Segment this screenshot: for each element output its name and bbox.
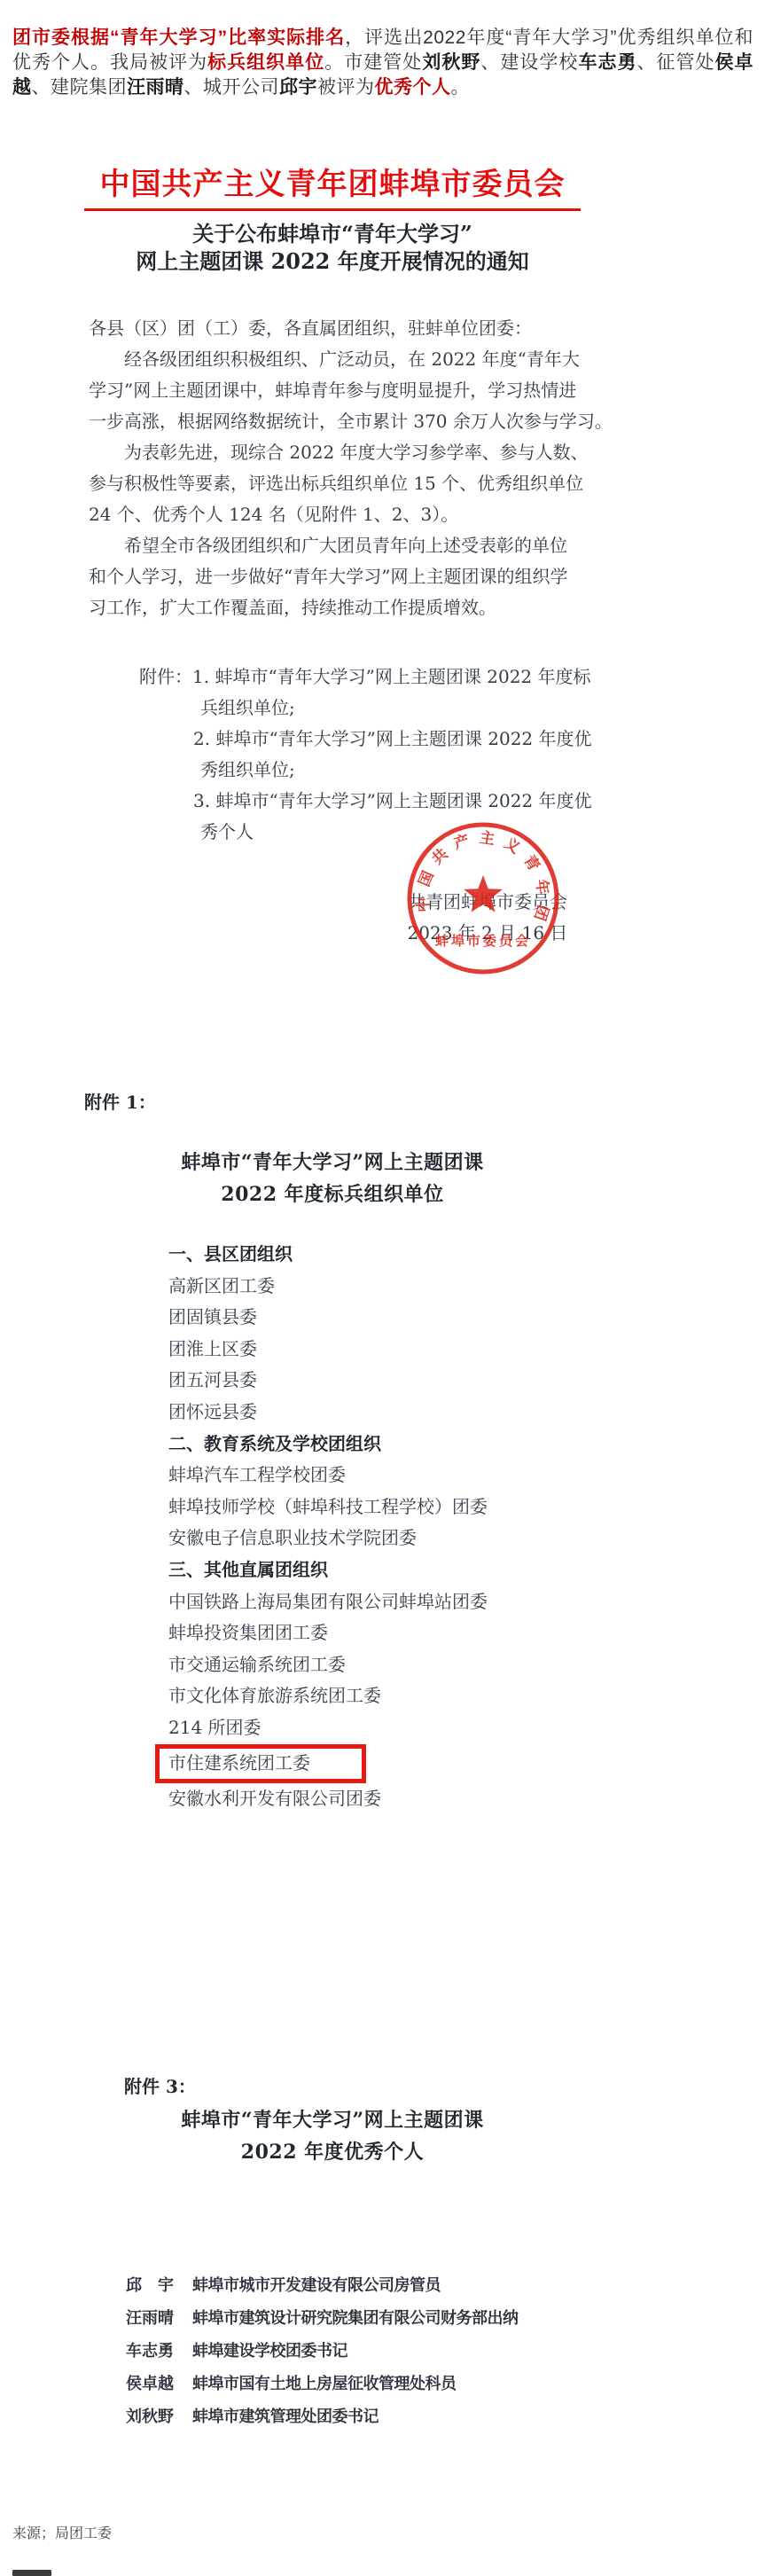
org-list-item-text: 蚌埠技师学校（蚌埠科技工程学校）团委 [168, 1496, 488, 1517]
attachment-ref-line: 3. 蚌埠市“青年大学习”网上主题团课 2022 年度优 [71, 786, 594, 817]
intro-segment: 优秀个人 [375, 77, 451, 98]
org-list-item-text: 市交通运输系统团工委 [168, 1654, 346, 1675]
attachment1-title-line2: 2022 年度标兵组织单位 [71, 1178, 594, 1210]
org-list-item-text: 安徽电子信息职业技术学院团委 [168, 1527, 417, 1548]
awardee-name: 汪雨晴 [126, 2302, 174, 2335]
org-list-item-text: 蚌埠投资集团团工委 [168, 1622, 328, 1643]
intro-segment: 。市建管处 [324, 52, 422, 73]
org-list-item-text: 一、县区团组织 [168, 1243, 293, 1265]
attachment3-label: 附件 3： [71, 2073, 594, 2100]
attachment-ref-line: 附件：1. 蚌埠市“青年大学习”网上主题团课 2022 年度标 [71, 662, 594, 693]
org-list-item: 安徽电子信息职业技术学院团委 [168, 1523, 594, 1554]
org-list-item-text: 团固镇县委 [168, 1306, 257, 1327]
awardee-desc: 蚌埠市城市开发建设有限公司房管员 [192, 2276, 441, 2295]
attachment1-label: 附件 1： [71, 1089, 594, 1116]
org-list-item: 蚌埠投资集团团工委 [168, 1617, 594, 1649]
notice-body-line: 一步高涨，根据网络数据统计，全市累计 370 余万人次参与学习。 [89, 406, 576, 437]
attachment-ref-line: 秀组织单位; [71, 755, 594, 786]
org-list-item: 一、县区团组织 [168, 1239, 594, 1271]
attachment1-title: 蚌埠市“青年大学习”网上主题团课 2022 年度标兵组织单位 [71, 1147, 594, 1210]
org-list-item-text: 市文化体育旅游系统团工委 [168, 1685, 381, 1706]
notice-body-line: 24 个、优秀个人 124 名（见附件 1、2、3）。 [89, 499, 576, 530]
org-list-item-text: 高新区团工委 [168, 1275, 275, 1296]
intro-segment: 刘秋野 [422, 52, 480, 73]
notice-body-line: 参与积极性等要素，评选出标兵组织单位 15 个、优秀组织单位 [89, 468, 576, 499]
awardee-name: 邱宇 [126, 2269, 174, 2302]
awardee-row: 车志勇蚌埠建设学校团委书记 [126, 2335, 594, 2368]
org-list-item: 蚌埠技师学校（蚌埠科技工程学校）团委 [168, 1492, 594, 1523]
attachment1-scan: 附件 1： 蚌埠市“青年大学习”网上主题团课 2022 年度标兵组织单位 一、县… [71, 1089, 594, 1825]
intro-segment: 。 [451, 77, 471, 98]
intro-segment: 、建院集团 [32, 77, 128, 98]
org-list-item-text: 安徽水利开发有限公司团委 [168, 1788, 381, 1809]
notice-title: 关于公布蚌埠市“青年大学习” 网上主题团课 2022 年度开展情况的通知 [71, 220, 594, 275]
org-list-item: 团固镇县委 [168, 1302, 594, 1334]
notice-body-line: 希望全市各级团组织和广大团员青年向上述受表彰的单位 [89, 530, 576, 561]
intro-segment: 、城开公司 [184, 77, 280, 98]
awardee-row: 汪雨晴蚌埠市建筑设计研究院集团有限公司财务部出纳 [126, 2302, 594, 2335]
attachment1-title-line1: 蚌埠市“青年大学习”网上主题团课 [71, 1147, 594, 1178]
awardee-desc: 蚌埠建设学校团委书记 [192, 2342, 347, 2361]
intro-segment: 、征管处 [636, 52, 714, 73]
attachment3-scan: 附件 3： 蚌埠市“青年大学习”网上主题团课 2022 年度优秀个人 邱宇蚌埠市… [71, 2073, 594, 2455]
org-list-item: 中国铁路上海局集团有限公司蚌埠站团委 [168, 1586, 594, 1618]
awardee-name: 刘秋野 [126, 2400, 174, 2433]
org-list-item-text: 214 所团委 [168, 1717, 262, 1738]
org-list-item: 三、其他直属团组织 [168, 1554, 594, 1586]
intro-segment: 车志勇 [578, 52, 636, 73]
org-list-item-text: 二、教育系统及学校团组织 [168, 1433, 381, 1454]
article-page: { "intro": { "segments": [ {"text": "团市委… [0, 0, 765, 2576]
notice-org-header: 中国共产主义青年团蚌埠市委员会 [71, 168, 594, 200]
notice-body-line: 学习”网上主题团课中，蚌埠青年参与度明显提升，学习热情进 [89, 375, 576, 406]
intro-segment: 标兵组织单位 [207, 52, 324, 73]
seal-star [464, 875, 503, 912]
org-list-item: 市文化体育旅游系统团工委 [168, 1680, 594, 1712]
attachment3-title-line1: 蚌埠市“青年大学习”网上主题团课 [71, 2104, 594, 2136]
org-list-item: 二、教育系统及学校团组织 [168, 1429, 594, 1460]
intro-segment: 邱宇 [279, 77, 317, 98]
intro-paragraph: 团市委根据“青年大学习”比率实际排名，评选出2022年度“青年大学习”优秀组织单… [12, 26, 753, 100]
notice-body-line: 为表彰先进，现综合 2022 年度大学习参学率、参与人数、 [89, 437, 576, 468]
attachment-ref-line: 兵组织单位; [71, 693, 594, 724]
org-list-item: 214 所团委 [168, 1712, 594, 1744]
org-list-item-text: 三、其他直属团组织 [168, 1559, 328, 1580]
notice-body-line: 习工作，扩大工作覆盖面，持续推动工作提质增效。 [89, 592, 576, 623]
awardee-row: 刘秋野蚌埠市建筑管理处团委书记 [126, 2400, 594, 2433]
notice-title-line2: 网上主题团课 2022 年度开展情况的通知 [71, 247, 594, 275]
org-list-item-text: 团五河县委 [168, 1369, 257, 1390]
org-list-item-text: 团怀远县委 [168, 1401, 257, 1422]
org-list-item: 团怀远县委 [168, 1397, 594, 1429]
awardee-row: 邱宇蚌埠市城市开发建设有限公司房管员 [126, 2269, 594, 2302]
official-seal: 中国共产主义青年团 蚌埠市委员会 [404, 819, 562, 977]
org-list-item: 市住建系统团工委 [168, 1744, 594, 1783]
awardee-row: 侯卓越蚌埠市国有土地上房屋征收管理处科员 [126, 2368, 594, 2400]
attachment3-title: 蚌埠市“青年大学习”网上主题团课 2022 年度优秀个人 [71, 2104, 594, 2168]
org-list: 一、县区团组织 高新区团工委 团固镇县委 团淮上区委 团五河县委 团怀远县委 [71, 1239, 594, 1814]
org-list-item: 安徽水利开发有限公司团委 [168, 1783, 594, 1815]
org-list-item-text: 市住建系统团工委 [155, 1744, 366, 1783]
awardee-desc: 蚌埠市国有土地上房屋征收管理处科员 [192, 2375, 457, 2393]
awardee-desc: 蚌埠市建筑管理处团委书记 [192, 2408, 379, 2426]
seal-bottom-text: 蚌埠市委员会 [435, 933, 531, 949]
org-list-item: 市交通运输系统团工委 [168, 1649, 594, 1681]
org-list-item: 团五河县委 [168, 1365, 594, 1397]
attachment3-title-line2: 2022 年度优秀个人 [71, 2136, 594, 2168]
org-list-item-text: 团淮上区委 [168, 1338, 257, 1359]
notice-body-line: 和个人学习，进一步做好“青年大学习”网上主题团课的组织学 [89, 561, 576, 592]
attachment-ref-line: 2. 蚌埠市“青年大学习”网上主题团课 2022 年度优 [71, 724, 594, 755]
awardee-name: 车志勇 [126, 2335, 174, 2368]
org-list-item: 蚌埠汽车工程学校团委 [168, 1460, 594, 1492]
awardee-list: 邱宇蚌埠市城市开发建设有限公司房管员 汪雨晴蚌埠市建筑设计研究院集团有限公司财务… [71, 2269, 594, 2433]
org-list-item: 高新区团工委 [168, 1271, 594, 1303]
awardee-desc: 蚌埠市建筑设计研究院集团有限公司财务部出纳 [192, 2309, 519, 2328]
notice-scan: 中国共产主义青年团蚌埠市委员会 关于公布蚌埠市“青年大学习” 网上主题团课 20… [71, 168, 594, 1011]
notice-body-line: 各县（区）团（工）委，各直属团组织，驻蚌单位团委： [89, 313, 576, 344]
org-list-item: 团淮上区委 [168, 1334, 594, 1366]
intro-segment: 汪雨晴 [127, 77, 184, 98]
notice-title-line1: 关于公布蚌埠市“青年大学习” [71, 220, 594, 247]
notice-body: 各县（区）团（工）委，各直属团组织，驻蚌单位团委：经各级团组织积极组织、广泛动员… [71, 313, 594, 623]
notice-body-line: 经各级团组织积极组织、广泛动员，在 2022 年度“青年大 [89, 344, 576, 375]
org-list-item-text: 蚌埠汽车工程学校团委 [168, 1464, 346, 1485]
intro-segment: 团市委根据“青年大学习”比率实际排名 [12, 27, 345, 48]
org-list-item-text: 中国铁路上海局集团有限公司蚌埠站团委 [168, 1591, 488, 1612]
source-line: 来源；局团工委 [12, 2524, 112, 2545]
red-divider [84, 208, 581, 211]
intro-segment: 被评为 [317, 77, 375, 98]
cutoff-text-fragment [12, 2570, 51, 2576]
awardee-name: 侯卓越 [126, 2368, 174, 2400]
intro-segment: 、建设学校 [480, 52, 578, 73]
